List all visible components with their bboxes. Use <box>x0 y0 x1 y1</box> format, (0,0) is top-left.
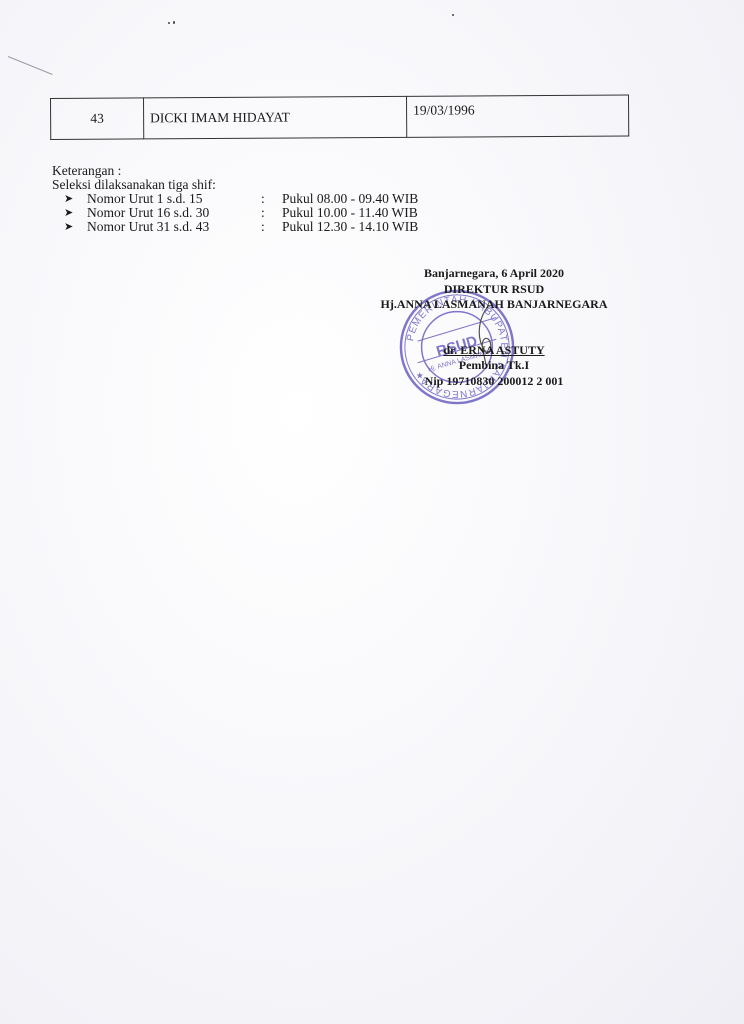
shift-time: Pukul 12.30 - 14.10 WIB <box>282 220 418 234</box>
arrow-bullet-icon: ➤ <box>64 220 73 234</box>
arrow-bullet-icon: ➤ <box>64 206 73 220</box>
shift-item: ➤Nomor Urut 16 s.d. 30:Pukul 10.00 - 11.… <box>52 206 216 220</box>
signer-title-line2: Hj.ANNA LASMANAH BANJARNEGARA <box>360 297 628 313</box>
place-date: Banjarnegara, 6 April 2020 <box>360 266 628 282</box>
scan-speck <box>173 21 175 24</box>
signature-block: Banjarnegara, 6 April 2020 DIREKTUR RSUD… <box>360 266 628 389</box>
scan-speck <box>452 14 454 16</box>
row-number: 43 <box>51 98 144 140</box>
notes-intro: Seleksi dilaksanakan tiga shif: <box>52 178 216 192</box>
shift-range: Nomor Urut 16 s.d. 30 <box>87 206 209 220</box>
shift-time: Pukul 10.00 - 11.40 WIB <box>282 206 418 220</box>
arrow-bullet-icon: ➤ <box>64 192 73 206</box>
scanned-page-background <box>0 0 744 1024</box>
notes-heading: Keterangan : <box>52 164 216 178</box>
shift-item: ➤Nomor Urut 1 s.d. 15:Pukul 08.00 - 09.4… <box>52 192 216 206</box>
shift-list: ➤Nomor Urut 1 s.d. 15:Pukul 08.00 - 09.4… <box>52 192 216 234</box>
notes-section: Keterangan : Seleksi dilaksanakan tiga s… <box>52 164 216 234</box>
signer-name: dr. ERNA ASTUTY <box>443 343 544 357</box>
participant-table: 43 DICKI IMAM HIDAYAT 19/03/1996 <box>50 94 629 140</box>
shift-range: Nomor Urut 1 s.d. 15 <box>87 192 203 206</box>
shift-separator: : <box>261 206 265 220</box>
table-row: 43 DICKI IMAM HIDAYAT 19/03/1996 <box>51 95 629 140</box>
shift-separator: : <box>261 192 265 206</box>
signer-nip: Nip 19710830 200012 2 001 <box>360 374 628 390</box>
birth-date: 19/03/1996 <box>406 95 628 137</box>
shift-separator: : <box>261 220 265 234</box>
signer-title-line1: DIREKTUR RSUD <box>360 282 628 298</box>
signer-rank: Pembina Tk.I <box>360 358 628 374</box>
shift-range: Nomor Urut 31 s.d. 43 <box>87 220 209 234</box>
participant-name: DICKI IMAM HIDAYAT <box>144 96 407 139</box>
shift-item: ➤Nomor Urut 31 s.d. 43:Pukul 12.30 - 14.… <box>52 220 216 234</box>
scan-speck <box>168 22 170 24</box>
shift-time: Pukul 08.00 - 09.40 WIB <box>282 192 418 206</box>
